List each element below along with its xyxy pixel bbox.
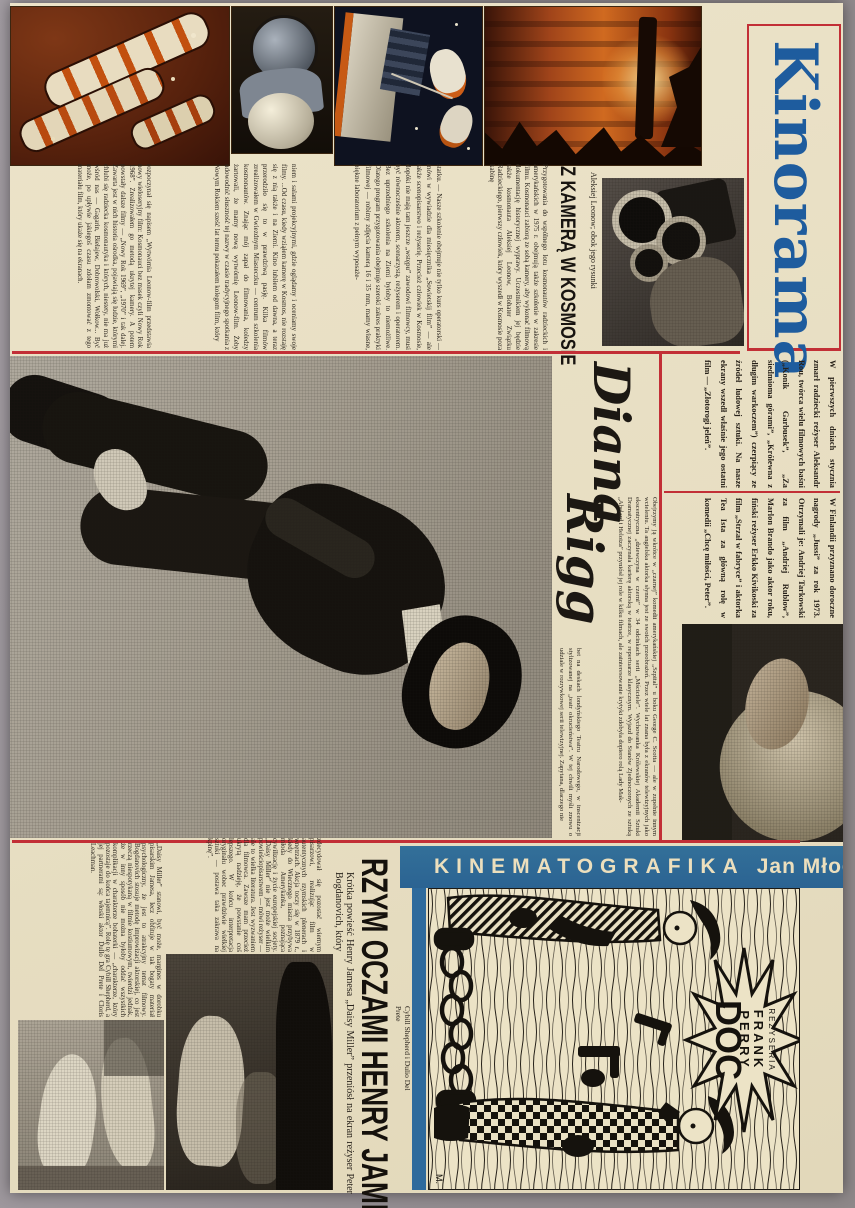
- mlodozeniec-cowboys-illustration: REŻYSERIA FRANK PERRY DOC M.: [428, 888, 800, 1190]
- dark-suited-figure: [276, 962, 332, 1190]
- doc-title: DOC: [708, 1000, 749, 1080]
- caption-line1: Cybill Shepherd i Dulio Del: [403, 1006, 412, 1091]
- illustrator-signature: M.: [434, 1174, 444, 1184]
- shadow-band: [682, 624, 732, 842]
- floating-astronaut: [435, 101, 478, 152]
- star-dot: [51, 137, 55, 141]
- rule-between-diana-and-news: [659, 352, 662, 841]
- space-article-column-1: Przygotowania do wspólnego lotu kosmonau…: [444, 164, 548, 350]
- leonov-painting-spacewalk: [334, 6, 483, 166]
- news-item-jussi-awards: W Finlandii przyznano doroczne nagrody „…: [686, 498, 840, 618]
- leonov-painting-astronaut-sphere: [231, 6, 333, 154]
- leonov-with-camera-photo: [602, 178, 744, 346]
- white-sphere: [248, 93, 314, 149]
- magazine-section-title: Kinorama: [752, 40, 838, 342]
- space-article-column-2: statku. — Nasze szkolenie obejmuje nie t…: [298, 164, 444, 350]
- diana-title-line1: Diana: [566, 362, 652, 502]
- star-dot: [467, 147, 470, 150]
- diana-rigg-photo: [10, 356, 552, 838]
- diana-article-text-1: Obejrzymy ją wkrótce w „czarnej” komedii…: [582, 497, 658, 836]
- actress-portrait-photo: [682, 624, 843, 842]
- news-separator-rule: [664, 491, 840, 493]
- doc-director-name-1: FRANK: [751, 1010, 766, 1071]
- daisy-miller-still-left: [18, 1020, 164, 1190]
- caption-line2: Prete: [394, 1006, 403, 1021]
- star-dot: [191, 33, 196, 38]
- news-item-rou-obituary: W pierwszych dniach stycznia zmarł radzi…: [664, 360, 840, 488]
- scanned-magazine-page: { "masthead": { "title": "Kinorama", "co…: [0, 0, 855, 1208]
- star-dot: [455, 23, 458, 26]
- floating-astronaut: [425, 45, 471, 102]
- banner-author: Jan Młodożeniec: [757, 855, 843, 879]
- banner-side-bar: [412, 888, 426, 1190]
- kinematografika-banner: KINEMATOGRAFIKA Jan Młodożeniec: [400, 846, 843, 888]
- rzym-article-text-2: „Daisy Miller” stanowi, być może, margin…: [20, 843, 162, 1017]
- banner-label: KINEMATOGRAFIKA: [434, 855, 745, 879]
- space-photo-caption: Aleksiej Leonow; obok jego rysunki: [586, 172, 600, 342]
- rzym-article-text-1: zdecydował się pozostać wiernym pisarzow…: [186, 838, 322, 952]
- leonov-painting-space-station: [10, 6, 230, 166]
- rule-under-space-article: [12, 351, 740, 354]
- daisy-miller-photo-caption: Cybill Shepherd i Dulio Del Prete: [394, 1006, 412, 1196]
- space-article-column-4: rozpoczynał się napisem „Wytwórnia Leono…: [14, 164, 152, 348]
- costumed-figure: [32, 1051, 104, 1180]
- space-article-title: Z KAMERĄ W KOSMOSIE: [552, 166, 582, 352]
- dark-corner: [104, 1020, 164, 1076]
- floor-strip: [18, 1166, 164, 1190]
- diana-article-text-2: bet na deskach londyńskiego Teatru Narod…: [552, 648, 582, 836]
- space-article-column-3: niem i salami projekcyjnymi, gdzie ogląd…: [153, 164, 298, 350]
- masthead-rule-left: [747, 24, 749, 350]
- leonov-painting-rocket-landscape: [484, 6, 702, 166]
- doc-director-label: REŻYSERIA: [767, 1008, 776, 1071]
- rzym-article-title: RZYM OCZAMI HENRY JAMESA: [352, 858, 396, 1189]
- masthead-rule-right: [839, 24, 841, 350]
- masthead-rule-top: [747, 24, 841, 26]
- daisy-miller-still-right: [166, 954, 333, 1190]
- star-dot: [415, 127, 418, 130]
- star-dot: [171, 77, 175, 81]
